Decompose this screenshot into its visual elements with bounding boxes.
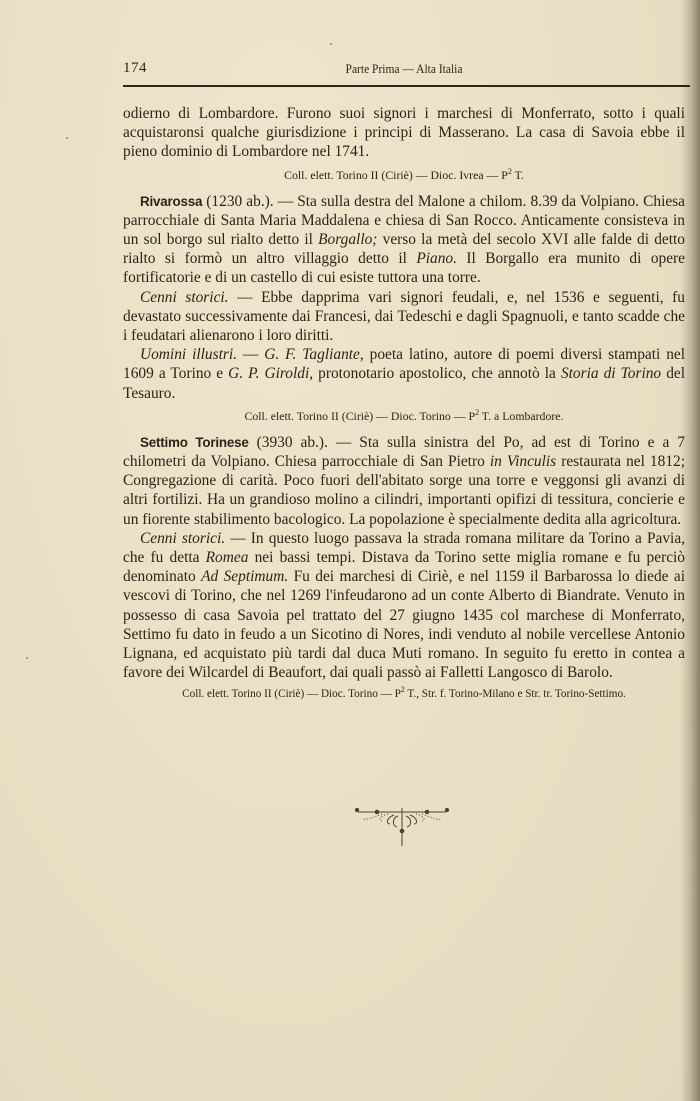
section-label: Cenni storici.: [140, 289, 229, 306]
intro-paragraph: odierno di Lombardore. Furono suoi signo…: [123, 104, 685, 162]
rivarossa-paragraph: Rivarossa (1230 ab.). — Sta sulla destra…: [123, 192, 685, 288]
settimo-reference: Coll. elett. Torino II (Ciriè) — Dioc. T…: [123, 686, 685, 702]
rivarossa-history-paragraph: Cenni storici. — Ebbe dapprima vari sign…: [123, 288, 685, 346]
scan-speck: [330, 43, 332, 45]
scan-speck: [26, 657, 28, 659]
book-page: 174 Parte Prima — Alta Italia odierno di…: [0, 0, 700, 1101]
section-label: Uomini illustri.: [140, 346, 237, 363]
running-title: Parte Prima — Alta Italia: [145, 62, 662, 77]
running-head: 174 Parte Prima — Alta Italia: [123, 60, 685, 80]
intro-reference: Coll. elett. Torino II (Ciriè) — Dioc. I…: [123, 167, 685, 183]
page-number: 174: [123, 60, 147, 77]
section-label: Cenni storici.: [140, 530, 225, 547]
place-name-settimo: Settimo Torinese: [140, 435, 249, 450]
scan-speck: [66, 137, 68, 139]
rivarossa-reference: Coll. elett. Torino II (Ciriè) — Dioc. T…: [123, 408, 685, 424]
rivarossa-notables-paragraph: Uomini illustri. — G. F. Tagliante, poet…: [123, 345, 685, 403]
place-name-rivarossa: Rivarossa: [140, 194, 202, 209]
settimo-paragraph: Settimo Torinese (3930 ab.). — Sta sulla…: [123, 433, 685, 529]
text-block: odierno di Lombardore. Furono suoi signo…: [123, 104, 685, 711]
tailpiece-ornament-icon: [352, 800, 452, 850]
header-rule: [123, 85, 690, 87]
settimo-history-paragraph: Cenni storici. — In questo luogo passava…: [123, 529, 685, 683]
